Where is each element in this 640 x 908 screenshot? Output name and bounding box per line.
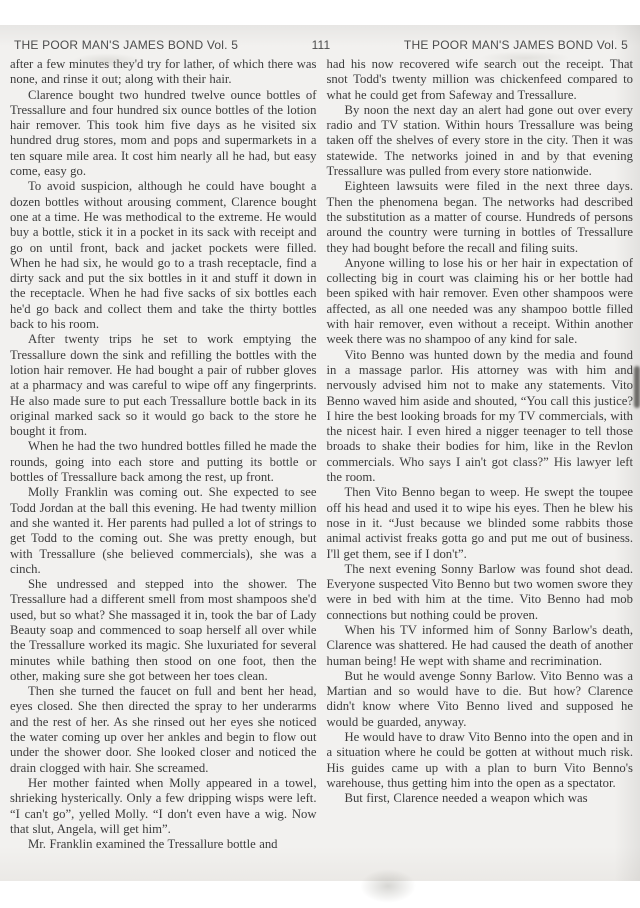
scan-smudge bbox=[72, 53, 142, 69]
paragraph: When his TV informed him of Sonny Barlow… bbox=[327, 623, 634, 669]
paragraph: Clarence bought two hundred twelve ounce… bbox=[10, 88, 317, 180]
paragraph: after a few minutes they'd try for lathe… bbox=[10, 57, 317, 88]
paragraph: The next evening Sonny Barlow was found … bbox=[327, 562, 634, 623]
paragraph: Then Vito Benno began to weep. He swept … bbox=[327, 485, 634, 561]
paragraph: Anyone willing to lose his or her hair i… bbox=[327, 256, 634, 348]
paragraph: But first, Clarence needed a weapon whic… bbox=[327, 791, 634, 806]
paragraph: He would have to draw Vito Benno into th… bbox=[327, 730, 634, 791]
paragraph: When he had the two hundred bottles fill… bbox=[10, 439, 317, 485]
paragraph: To avoid suspicion, although he could ha… bbox=[10, 179, 317, 332]
running-title-left: THE POOR MAN'S JAMES BOND Vol. 5 bbox=[14, 38, 238, 52]
paragraph: Her mother fainted when Molly appeared i… bbox=[10, 776, 317, 837]
running-title-right: THE POOR MAN'S JAMES BOND Vol. 5 bbox=[404, 38, 628, 52]
paragraph: By noon the next day an alert had gone o… bbox=[327, 103, 634, 179]
scan-smudge bbox=[360, 869, 416, 903]
paragraph: Mr. Franklin examined the Tressallure bo… bbox=[10, 837, 317, 852]
paragraph: Vito Benno was hunted down by the media … bbox=[327, 348, 634, 486]
page-number: 111 bbox=[312, 38, 331, 52]
scan-edge-mark bbox=[634, 366, 640, 408]
paragraph: She undressed and stepped into the showe… bbox=[10, 577, 317, 684]
paragraph: Then she turned the faucet on full and b… bbox=[10, 684, 317, 776]
scan-smudge bbox=[480, 51, 570, 65]
paragraph: Eighteen lawsuits were filed in the next… bbox=[327, 179, 634, 255]
paragraph: After twenty trips he set to work emptyi… bbox=[10, 332, 317, 439]
left-column: after a few minutes they'd try for lathe… bbox=[10, 57, 317, 852]
paragraph: Molly Franklin was coming out. She expec… bbox=[10, 485, 317, 577]
text-columns: after a few minutes they'd try for lathe… bbox=[0, 52, 640, 852]
running-header: THE POOR MAN'S JAMES BOND Vol. 5 111 THE… bbox=[0, 25, 640, 52]
right-column: had his now recovered wife search out th… bbox=[327, 57, 634, 852]
paragraph: But he would avenge Sonny Barlow. Vito B… bbox=[327, 669, 634, 730]
scanned-page: THE POOR MAN'S JAMES BOND Vol. 5 111 THE… bbox=[0, 25, 640, 881]
